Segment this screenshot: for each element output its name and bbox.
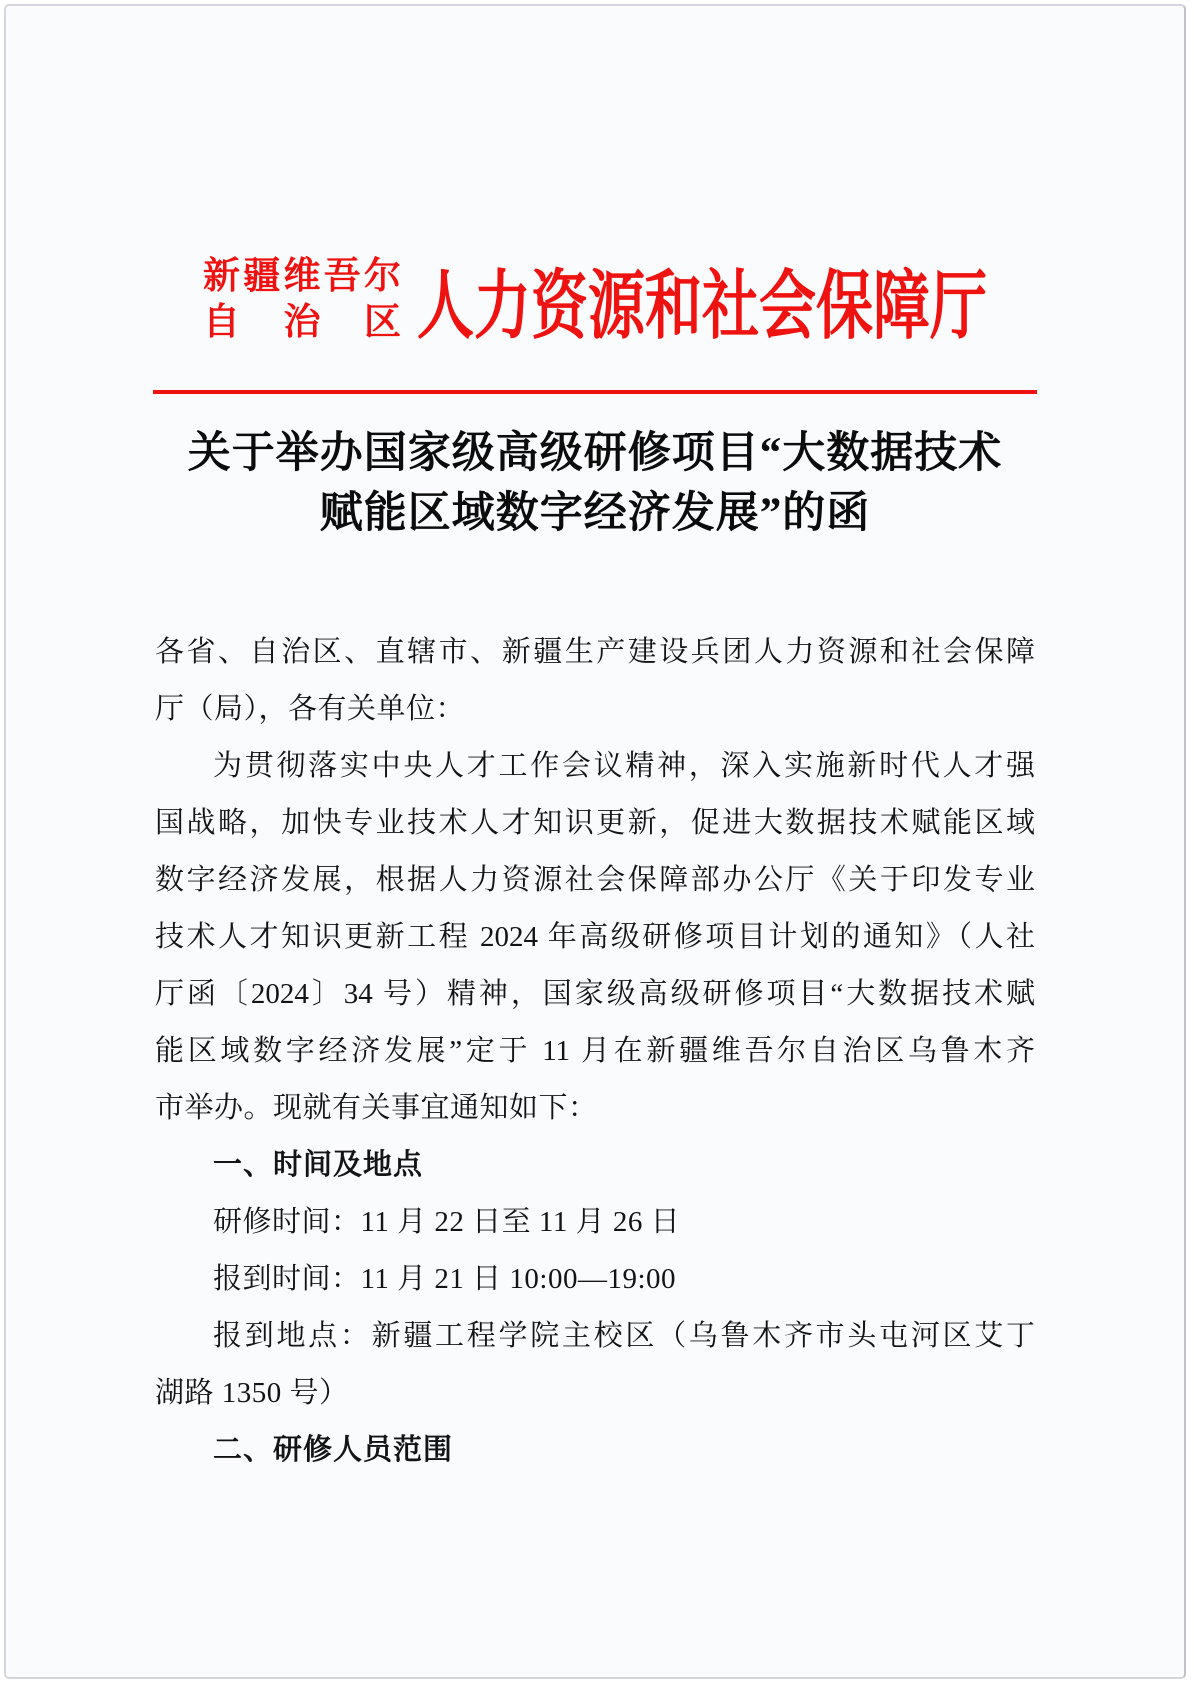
body-line-para-2: 国战略，加快专业技术人才知识更新，促进大数据技术赋能区域 [155, 795, 1035, 852]
body-line-address-cont: 湖路 1350 号） [155, 1365, 1035, 1422]
letterhead: 新疆维吾尔 自治区 人力资源和社会保障厅 [6, 252, 1184, 348]
section-heading-1: 一、时间及地点 [155, 1137, 1035, 1194]
body-line-checkin-time: 报到时间：11 月 21 日 10:00—19:00 [155, 1251, 1035, 1308]
agency-region-line1: 新疆维吾尔 [203, 254, 401, 300]
agency-department-name: 人力资源和社会保障厅 [417, 246, 987, 354]
document-title-line1: 关于举办国家级高级研修项目“大数据技术 [6, 424, 1184, 484]
body-line-para-7: 市举办。现就有关事宜通知如下： [155, 1080, 1035, 1137]
agency-region-name: 新疆维吾尔 自治区 [203, 254, 401, 346]
body-line-salutation-1: 各省、自治区、直辖市、新疆生产建设兵团人力资源和社会保障 [155, 624, 1035, 681]
body-line-salutation-2: 厅（局），各有关单位： [155, 681, 1035, 738]
body-line-para-1: 为贯彻落实中央人才工作会议精神，深入实施新时代人才强 [155, 738, 1035, 795]
document-title: 关于举办国家级高级研修项目“大数据技术 赋能区域数字经济发展”的函 [6, 424, 1184, 544]
agency-region-line2: 自治区 [203, 300, 401, 346]
body-line-para-3: 数字经济发展，根据人力资源社会保障部办公厅《关于印发专业 [155, 852, 1035, 909]
letter-body: 各省、自治区、直辖市、新疆生产建设兵团人力资源和社会保障 厅（局），各有关单位：… [155, 624, 1035, 1479]
letterhead-separator-rule [153, 390, 1037, 394]
section-heading-2: 二、研修人员范围 [155, 1422, 1035, 1479]
body-line-training-time: 研修时间：11 月 22 日至 11 月 26 日 [155, 1194, 1035, 1251]
official-letter-page: 新疆维吾尔 自治区 人力资源和社会保障厅 关于举办国家级高级研修项目“大数据技术… [4, 4, 1186, 1679]
body-line-para-4: 技术人才知识更新工程 2024 年高级研修项目计划的通知》（人社 [155, 909, 1035, 966]
body-line-checkin-place: 报到地点：新疆工程学院主校区（乌鲁木齐市头屯河区艾丁 [155, 1308, 1035, 1365]
body-line-para-5: 厅函〔2024〕34 号）精神，国家级高级研修项目“大数据技术赋 [155, 966, 1035, 1023]
body-line-para-6: 能区域数字经济发展”定于 11 月在新疆维吾尔自治区乌鲁木齐 [155, 1023, 1035, 1080]
document-title-line2: 赋能区域数字经济发展”的函 [6, 484, 1184, 544]
